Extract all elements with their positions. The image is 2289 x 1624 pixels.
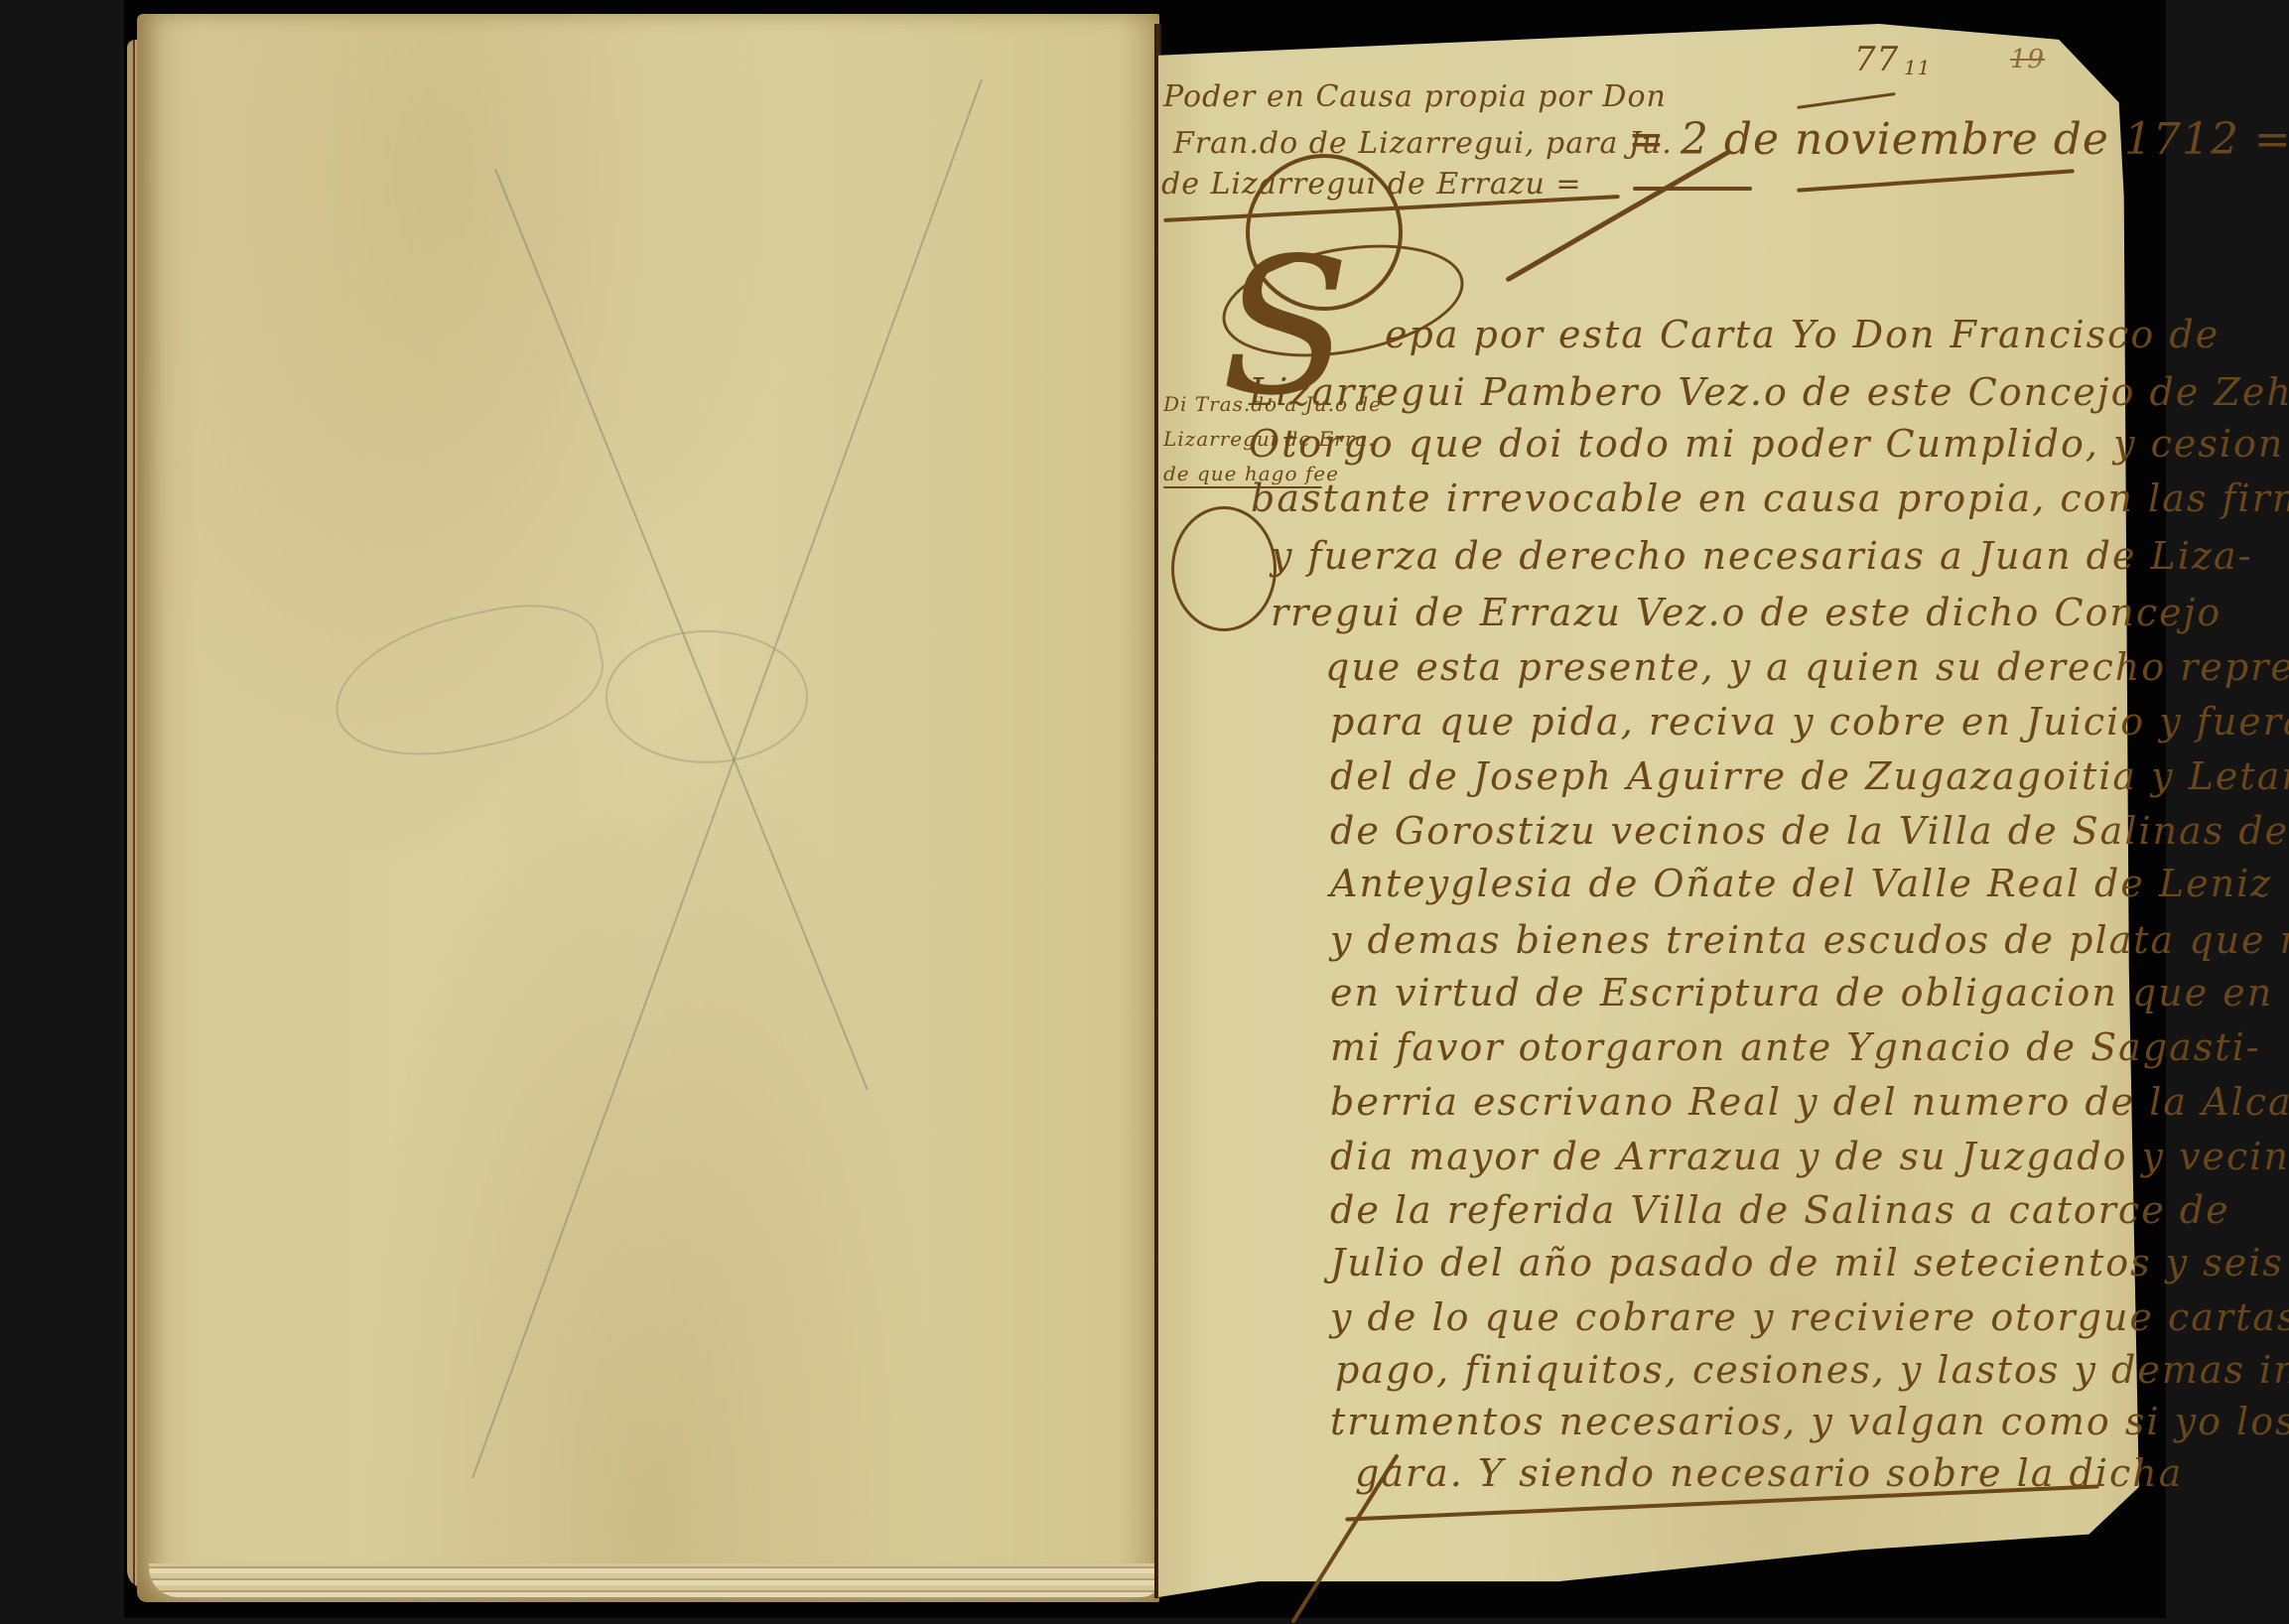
folio-number-suffix: 11 xyxy=(1904,56,1931,79)
body-line-4: bastante irrevocable en causa propia, co… xyxy=(1251,476,2289,520)
date-line: = 2 de noviembre de 1712 = xyxy=(1628,114,2289,165)
ink-bleed-through-flourish xyxy=(606,630,808,763)
body-line-3: Otorgo que doi todo mi poder Cumplido, y… xyxy=(1249,422,2284,466)
folio-number: 77 xyxy=(1854,40,1899,79)
body-line-20: pago, finiquitos, cesiones, y lastos y d… xyxy=(1335,1348,2289,1392)
body-line-19: y de lo que cobrare y reciviere otorgue … xyxy=(1330,1295,2289,1339)
heading-line-1: Poder en Causa propia por Don xyxy=(1163,79,1667,114)
body-line-10: de Gorostizu vecinos de la Villa de Sali… xyxy=(1330,809,2289,853)
body-line-7: que esta presente, y a quien su derecho … xyxy=(1325,645,2289,689)
body-line-13: en virtud de Escriptura de obligacion qu… xyxy=(1330,971,2273,1015)
body-line-17: de la referida Villa de Salinas a catorc… xyxy=(1330,1188,2230,1232)
body-line-1: epa por esta Carta Yo Don Francisco de xyxy=(1385,313,2220,356)
body-line-16: dia mayor de Arrazua y de su Juzgado y v… xyxy=(1330,1135,2289,1178)
body-line-18: Julio del año pasado de mil setecientos … xyxy=(1330,1241,2284,1285)
date-underline-left xyxy=(1633,187,1752,191)
body-line-15: berria escrivano Real y del numero de la… xyxy=(1330,1080,2289,1124)
body-line-11: Anteyglesia de Oñate del Valle Real de L… xyxy=(1330,862,2272,905)
left-page-torn-bottom xyxy=(149,1563,1161,1597)
body-line-14: mi favor otorgaron ante Ygnacio de Sagas… xyxy=(1330,1025,2261,1069)
body-line-21: trumentos necesarios, y valgan como si y… xyxy=(1330,1400,2289,1443)
left-page-blank xyxy=(137,14,1159,1602)
body-line-5: y fuerza de derecho necesarias a Juan de… xyxy=(1271,534,2252,578)
body-line-9: del de Joseph Aguirre de Zugazagoitia y … xyxy=(1330,754,2289,798)
body-line-2: Lizarregui Pambero Vez.o de este Concejo… xyxy=(1249,370,2289,414)
body-line-8: para que pida, reciva y cobre en Juicio … xyxy=(1330,700,2289,744)
margin-loop-flourish xyxy=(1171,506,1277,631)
body-line-12: y demas bienes treinta escudos de plata … xyxy=(1330,918,2289,962)
body-line-6: rregui de Errazu Vez.o de este dicho Con… xyxy=(1271,591,2222,634)
heading-line-2: Fran.do de Lizarregui, para Ju. xyxy=(1173,126,1673,161)
old-folio-number-struck: 19 xyxy=(2010,45,2045,74)
